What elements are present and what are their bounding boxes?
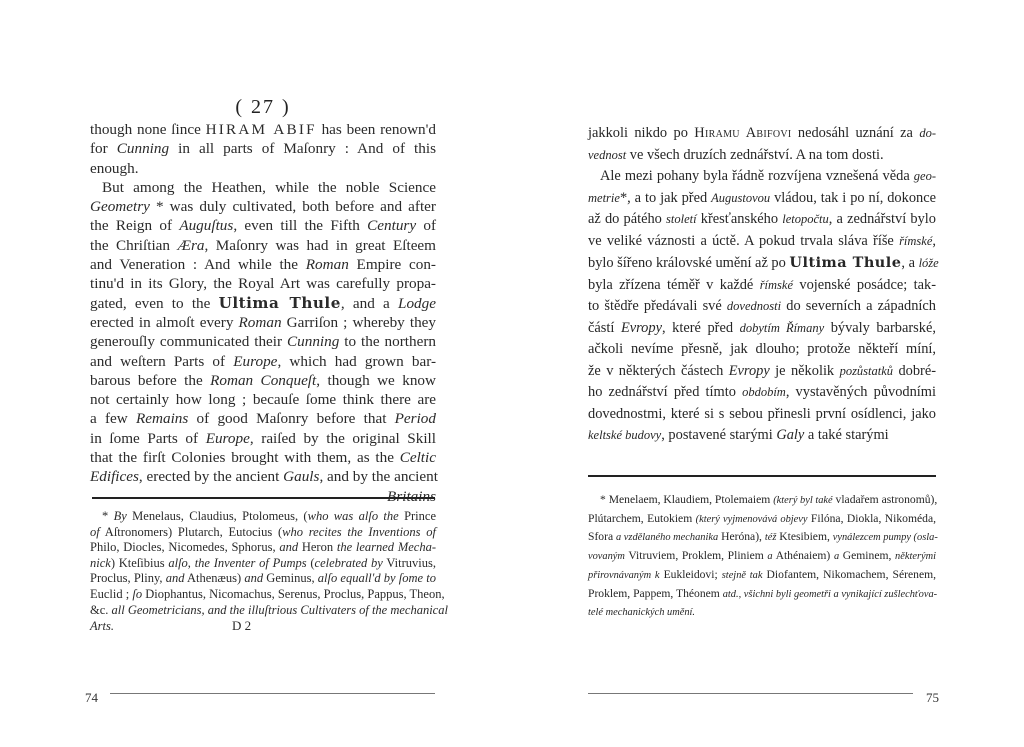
- text-line: erected in almoſt every Roman Garriſon ;…: [90, 313, 436, 332]
- text-line: dovednostmi, které si s sebou přinesli p…: [588, 404, 936, 426]
- footnote-czech: * Menelaem, Klaudiem, Ptolemaiem (který …: [588, 491, 936, 622]
- footnote-line: * By Menelaus, Claudius, Ptolomeus, (who…: [90, 509, 436, 525]
- folio-rule: [588, 693, 913, 694]
- footnote-line: přirovnávaným k Eukleidovi; stejně tak D…: [588, 566, 936, 585]
- left-page: ( 27 ) though none ſince HIRAM ABIF has …: [0, 0, 512, 747]
- text-line: bylo šířeno královské umění až po Ultima…: [588, 252, 936, 275]
- footnote-line: &c. all Geometricians, and the illuſtrio…: [90, 603, 436, 619]
- footnote-line: Philo, Diocles, Nicomedes, Sphorus, and …: [90, 540, 436, 556]
- footnote-rule: [92, 497, 435, 499]
- footnote-line: Proklem, Pappem, Théonem atd., všichni b…: [588, 585, 936, 604]
- footnote-line: Plútarchem, Eutokiem (který vyjmenovává …: [588, 510, 936, 529]
- text-line: for Cunning in all parts of Maſonry : An…: [90, 139, 436, 158]
- text-line: the Chriſtian Æra, Maſonry was had in gr…: [90, 236, 436, 255]
- text-line: to štědře předávali své dovednosti do se…: [588, 296, 936, 318]
- text-line: and Veneration : And while the Roman Emp…: [90, 255, 436, 274]
- page-number-right: 75: [926, 690, 939, 706]
- page-number-left: 74: [85, 690, 98, 706]
- page-header-number: ( 27 ): [90, 96, 436, 119]
- footnote-line: vovaným Vitruviem, Proklem, Pliniem a At…: [588, 547, 936, 566]
- text-line: částí Evropy, které před dobytím Římany …: [588, 318, 936, 340]
- footnote-line: of Aſtronomers) Plutarch, Eutocius (who …: [90, 525, 436, 541]
- text-line: ačkoli nevíme přesně, jak dlouho; protož…: [588, 339, 936, 361]
- footnote-line: Sfora a vzdělaného mechanika Heróna), té…: [588, 528, 936, 547]
- text-line: Ale mezi pohany byla řádně rozvíjena vzn…: [588, 166, 936, 188]
- text-line: ve veliké váznosti a úctě. A pokud trval…: [588, 231, 936, 253]
- footnote-line: Proclus, Pliny, and Athenæus) and Geminu…: [90, 571, 436, 587]
- signature-mark: D 2: [232, 618, 251, 634]
- text-line: keltské budovy, postavené starými Galy a…: [588, 425, 936, 447]
- text-line: tinu'd in its Glory, the Royal Art was c…: [90, 274, 436, 293]
- text-line: though none ſince HIRAM ABIF has been re…: [90, 120, 436, 139]
- name-hiram-abif: HIRAM ABIF: [206, 121, 317, 138]
- footnote-line: Euclid ; ſo Diophantus, Nicomachus, Sere…: [90, 587, 436, 603]
- text-line: in ſome Parts of Europe, raiſed by the o…: [90, 429, 436, 448]
- text-line: enough.: [90, 159, 436, 178]
- text-line: barous before the Roman Conqueſt, though…: [90, 371, 436, 390]
- text-line: Edifices, erected by the ancient Gauls, …: [90, 467, 436, 486]
- blackletter-ultima-thule: Ultima Thule: [789, 254, 901, 271]
- text-line: že v některých částech Evropy je několik…: [588, 361, 936, 383]
- text-line: the Reign of Auguſtus, even till the Fif…: [90, 216, 436, 235]
- text-line: a few Remains of good Maſonry before tha…: [90, 409, 436, 428]
- footnote-rule: [588, 475, 936, 477]
- text-line: gated, even to the Ultima Thule, and a L…: [90, 294, 436, 313]
- footnote-line: nick) Kteſibius alſo, the Inventer of Pu…: [90, 556, 436, 572]
- footnote-line: Arts.D 2: [90, 618, 436, 635]
- footnote-line: telé mechanických umění.: [588, 603, 936, 622]
- text-line: ho zednářství před tímto obdobím, vystav…: [588, 382, 936, 404]
- name-hiram-abif: Hiramu Abifovi: [694, 125, 791, 141]
- footnote-english: * By Menelaus, Claudius, Ptolomeus, (who…: [90, 509, 436, 635]
- text-line: But among the Heathen, while the noble S…: [90, 178, 436, 197]
- blackletter-ultima-thule: Ultima Thule: [219, 294, 341, 312]
- text-line: jakkoli nikdo po Hiramu Abifovi nedosáhl…: [588, 123, 936, 145]
- text-line: not certainly how long ; becauſe ſome th…: [90, 390, 436, 409]
- main-text-english: though none ſince HIRAM ABIF has been re…: [90, 120, 436, 506]
- main-text-czech: jakkoli nikdo po Hiramu Abifovi nedosáhl…: [588, 123, 936, 447]
- text-line: and weſtern Parts of Europe, which had g…: [90, 352, 436, 371]
- text-line: that the firſt Colonies brought with the…: [90, 448, 436, 467]
- footnote-line: * Menelaem, Klaudiem, Ptolemaiem (který …: [588, 491, 936, 510]
- text-line: Geometry * was duly cultivated, both bef…: [90, 197, 436, 216]
- text-line: vednost ve všech druzích zednářství. A n…: [588, 145, 936, 167]
- text-line: až do pátého století křesťanského letopo…: [588, 209, 936, 231]
- folio-rule: [110, 693, 435, 694]
- text-line: metrie*, a to jak před Augustovou vládou…: [588, 188, 936, 210]
- text-line: generouſly communicated their Cunning to…: [90, 332, 436, 351]
- text-line: byla zřízena téměř v každé římské vojens…: [588, 275, 936, 297]
